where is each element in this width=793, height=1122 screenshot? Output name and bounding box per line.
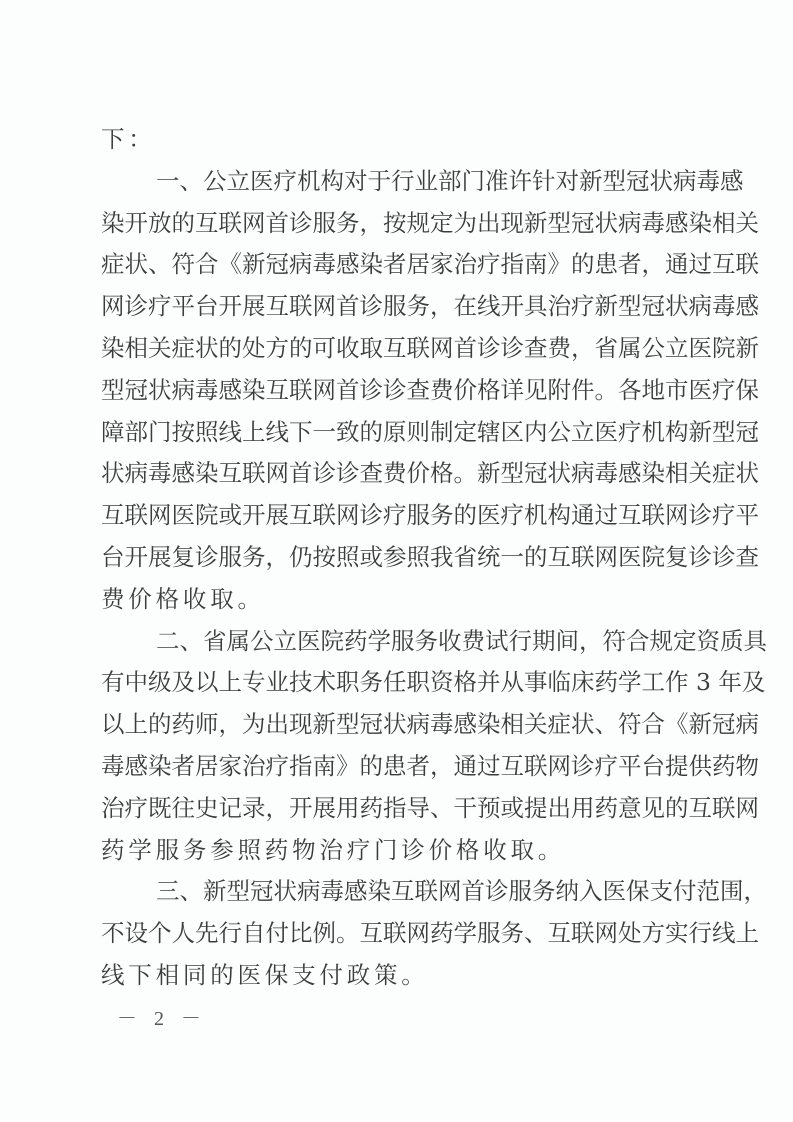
paragraph-2-line: 以上的药师，为出现新型冠状病毒感染相关症状、符合《新冠病 bbox=[101, 704, 703, 746]
paragraph-1-line: 网诊疗平台开展互联网首诊服务，在线开具治疗新型冠状病毒感 bbox=[101, 286, 703, 328]
paragraph-1-line: 互联网医院或开展互联网诊疗服务的医疗机构通过互联网诊疗平 bbox=[101, 495, 703, 537]
paragraph-2-line: 有中级及以上专业技术职务任职资格并从事临床药学工作 3 年及 bbox=[101, 662, 703, 704]
text-line-intro: 下： bbox=[101, 119, 703, 161]
document-page: 下： 一、公立医疗机构对于行业部门准许针对新型冠状病毒感 染开放的互联网首诊服务… bbox=[0, 0, 793, 1122]
paragraph-1-line: 染相关症状的处方的可收取互联网首诊诊查费，省属公立医院新 bbox=[101, 328, 703, 370]
paragraph-1-line: 状病毒感染互联网首诊诊查费价格。新型冠状病毒感染相关症状 bbox=[101, 453, 703, 495]
paragraph-2-line: 治疗既往史记录，开展用药指导、干预或提出用药意见的互联网 bbox=[101, 788, 703, 830]
paragraph-3-line-last: 线下相同的医保支付政策。 bbox=[101, 955, 703, 997]
paragraph-1-line: 染开放的互联网首诊服务，按规定为出现新型冠状病毒感染相关 bbox=[101, 203, 703, 245]
paragraph-1-line-last: 费价格收取。 bbox=[101, 579, 703, 621]
paragraph-3-line: 不设个人先行自付比例。互联网药学服务、互联网处方实行线上 bbox=[101, 913, 703, 955]
paragraph-2-line: 二、省属公立医院药学服务收费试行期间，符合规定资质具 bbox=[101, 621, 703, 663]
paragraph-1-line: 台开展复诊服务，仍按照或参照我省统一的互联网医院复诊诊查 bbox=[101, 537, 703, 579]
paragraph-3-line: 三、新型冠状病毒感染互联网首诊服务纳入医保支付范围， bbox=[101, 871, 703, 913]
page-number: － 2 － bbox=[117, 1002, 207, 1031]
document-body: 下： 一、公立医疗机构对于行业部门准许针对新型冠状病毒感 染开放的互联网首诊服务… bbox=[101, 119, 703, 997]
paragraph-1-line: 型冠状病毒感染互联网首诊诊查费价格详见附件。各地市医疗保 bbox=[101, 370, 703, 412]
paragraph-2-line-last: 药学服务参照药物治疗门诊价格收取。 bbox=[101, 830, 703, 872]
paragraph-1-line: 障部门按照线上线下一致的原则制定辖区内公立医疗机构新型冠 bbox=[101, 412, 703, 454]
paragraph-2-line: 毒感染者居家治疗指南》的患者，通过互联网诊疗平台提供药物 bbox=[101, 746, 703, 788]
paragraph-1-line: 症状、符合《新冠病毒感染者居家治疗指南》的患者，通过互联 bbox=[101, 244, 703, 286]
paragraph-1-line: 一、公立医疗机构对于行业部门准许针对新型冠状病毒感 bbox=[101, 161, 703, 203]
